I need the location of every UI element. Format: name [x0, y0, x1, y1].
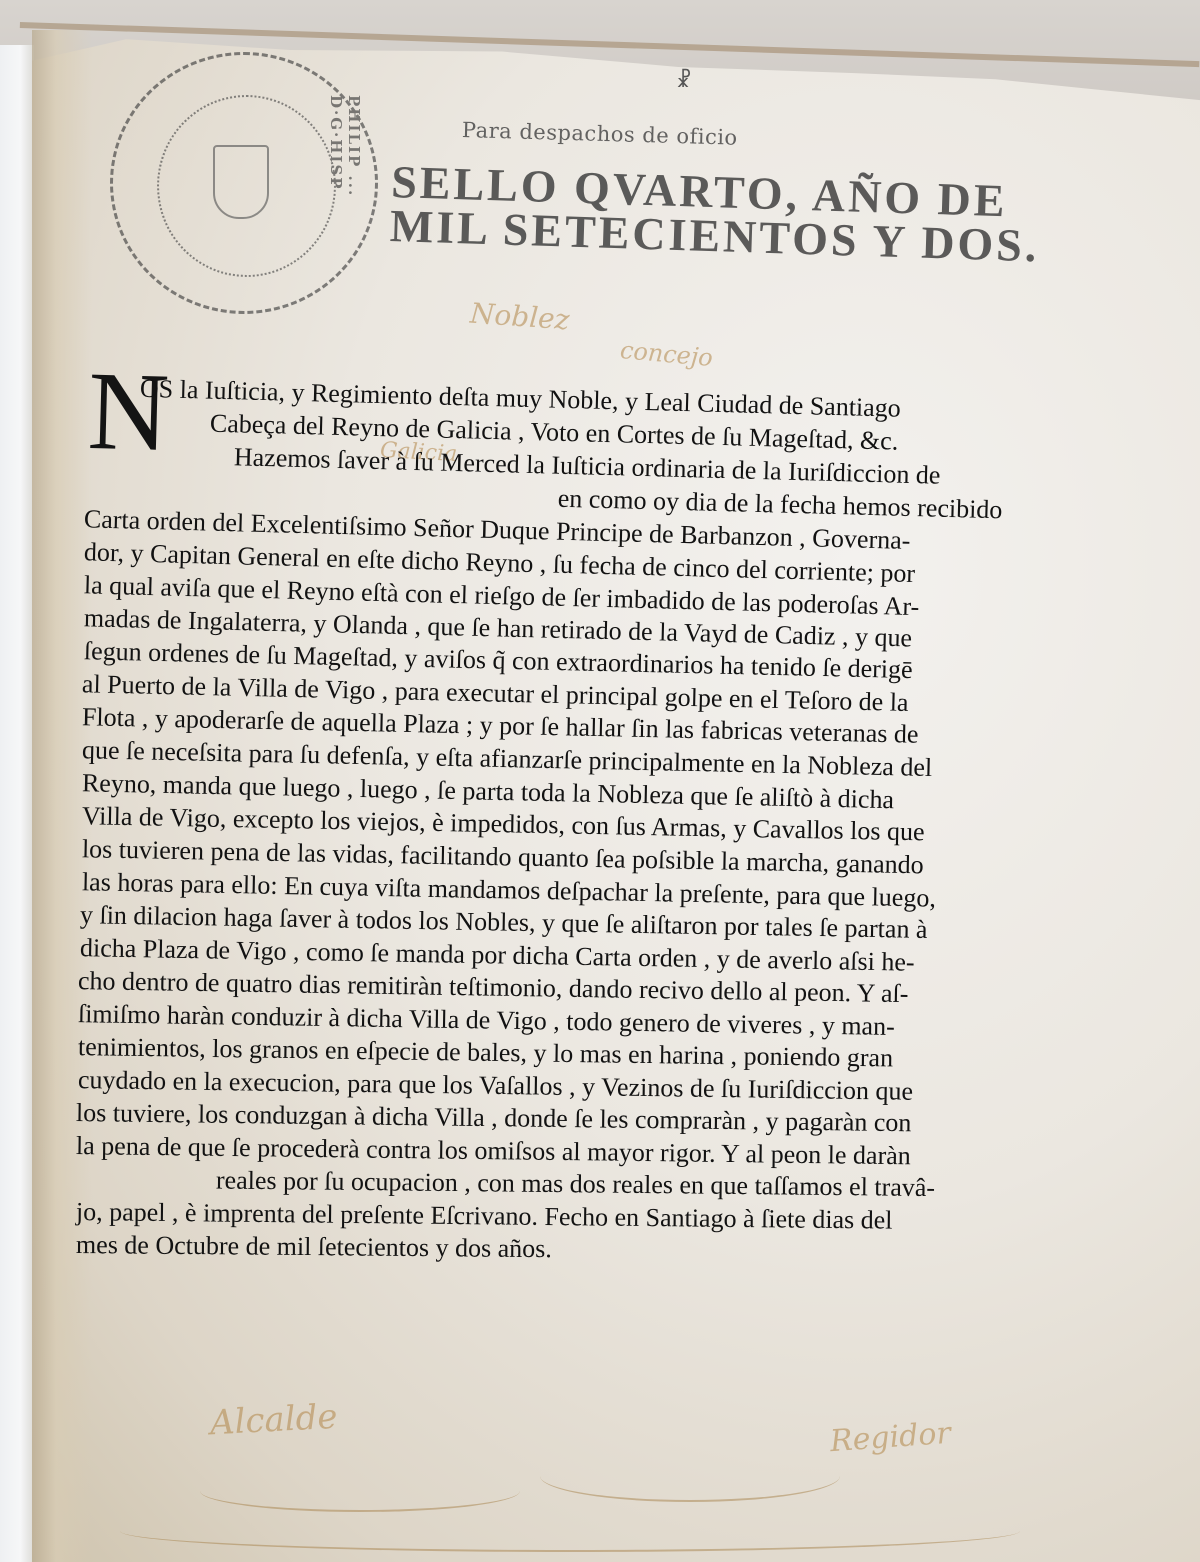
royal-seal-stamp: PHILIP ... D·G·HISP: [110, 52, 378, 314]
handwriting-flourish: [200, 1470, 520, 1512]
proclamation-body: OS la Iuſticia, y Regimiento deſta muy N…: [72, 370, 1092, 1261]
chi-rho-mark-icon: ☧: [676, 68, 692, 92]
stamp-title: SELLO QVARTO, AÑO DE MIL SETECIENTOS Y D…: [389, 160, 1041, 268]
adjacent-page-edge: [0, 45, 34, 1562]
coat-of-arms-icon: [213, 145, 269, 219]
handwritten-note: Noblez: [469, 297, 571, 337]
handwritten-signature: Alcalde: [209, 1397, 338, 1444]
seal-legend: PHILIP ... D·G·HISP: [303, 95, 363, 295]
handwriting-flourish: [540, 1450, 840, 1502]
handwriting-flourish: [120, 1510, 1020, 1552]
